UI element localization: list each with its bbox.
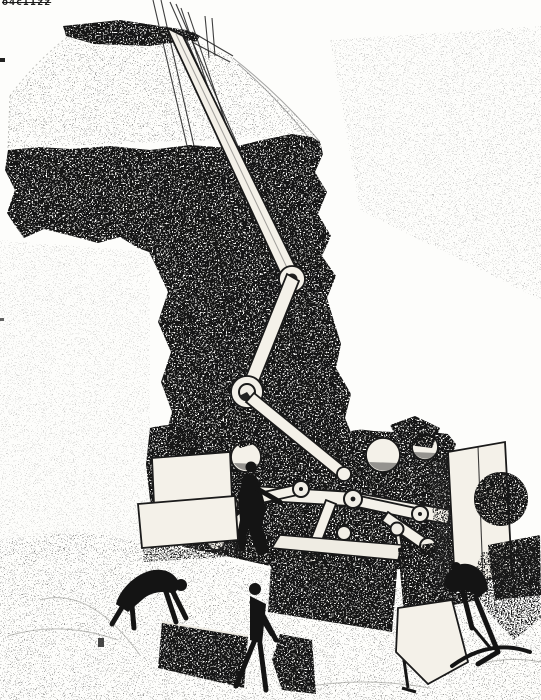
- boom-base-pin: [337, 467, 351, 481]
- left-wall-stipple: [0, 240, 150, 560]
- cropped-caption-fragment: o4cIIzz: [2, 0, 51, 8]
- engraving-illustration: [0, 0, 541, 700]
- engraving-page: o4cIIzz: [0, 0, 541, 700]
